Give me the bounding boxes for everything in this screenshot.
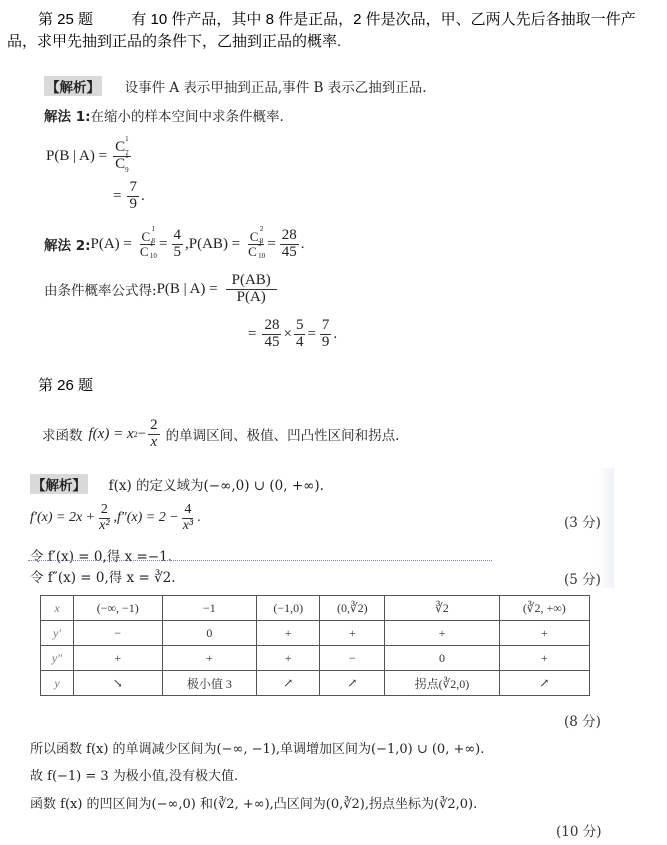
points-5: (5 分): [564, 568, 601, 588]
arrow-up-right-icon: ↗: [257, 671, 320, 696]
points-8: (8 分): [564, 710, 601, 730]
critical-point-2: 令 f″(x) = 0,得 x = ∛2.: [30, 566, 176, 586]
pa-value: 4 5: [172, 228, 184, 261]
pa-fraction: C18 C110: [138, 230, 157, 258]
conclusion-extremum: 故 f(−1) = 3 为极小值,没有极大值.: [30, 765, 238, 784]
method1-label: 解法 1:: [44, 109, 91, 125]
table-row-x: x (−∞, −1) −1 (−1,0) (0,∛2) ∛2 (∛2, +∞): [41, 596, 590, 621]
m1-result-fraction: 7 9: [127, 180, 139, 213]
pab-fraction: C28 C210: [246, 230, 265, 258]
arrow-up-right-icon: ↗: [320, 671, 385, 696]
method1-line: 解法 1:在缩小的样本空间中求条件概率.: [44, 105, 284, 125]
conclusion-concavity: 函数 f(x) 的凹区间为(−∞,0) 和(∛2, +∞),凸区间为(0,∛2)…: [30, 793, 477, 812]
points-10: (10 分): [556, 820, 602, 840]
table-row-y: y ↘ 极小值 3 ↗ ↗ 拐点(∛2,0) ↗: [41, 671, 590, 696]
analysis-tag-26: 【解析】: [30, 474, 88, 494]
arrow-up-right-icon: ↗: [499, 671, 589, 696]
problem-25-label: 第 25 题: [38, 11, 93, 28]
derivatives-line: f′(x) = 2x + 2 x² ,f″(x) = 2 − 4 x³ .: [30, 503, 201, 533]
table-row-y-double-prime: y″ + + + − 0 +: [41, 646, 590, 671]
conclusion-monotonic: 所以函数 f(x) 的单调减少区间为(−∞, −1),单调增加区间为(−1,0)…: [30, 738, 484, 757]
problem-26-statement: 求函数 f(x) = x2 − 2 x 的单调区间、极值、凹凸性区间和拐点.: [42, 418, 399, 451]
method2-label: 解法 2:: [44, 234, 91, 254]
solution-25-intro: 设事件 A 表示甲抽到正品,事件 B 表示乙抽到正品.: [125, 80, 427, 96]
problem-25-statement: 有 10 件产品，其中 8 件是正品，2 件是次品，甲、乙两人先后各抽取一件产: [131, 11, 635, 28]
method1-text: 在缩小的样本空间中求条件概率.: [91, 109, 284, 125]
conditional-formula: 由条件概率公式得: P(B | A) = P(AB) P(A): [44, 273, 279, 306]
m1-fraction: C17 C19: [113, 140, 131, 173]
method2-equation: 解法 2: P(A) = C18 C110 = 4 5 ,P(AB) = C28…: [44, 228, 305, 261]
method1-result: = 7 9 .: [113, 180, 145, 213]
dotted-divider: [28, 560, 492, 561]
arrow-down-right-icon: ↘: [74, 671, 163, 696]
analysis-tag: 【解析】: [44, 76, 102, 96]
solution-26-domain-line: 【解析】 f(x) 的定义域为(−∞,0) ∪ (0, +∞).: [30, 474, 324, 494]
table-row-y-prime: y′ − 0 + + + +: [41, 621, 590, 646]
pab-value: 28 45: [280, 228, 299, 261]
points-3: (3 分): [564, 511, 601, 531]
critical-point-1: 令 f′(x) = 0,得 x =−1.: [30, 545, 172, 565]
problem-25-line1: 第 25 题 有 10 件产品，其中 8 件是正品，2 件是次品，甲、乙两人先后…: [38, 10, 636, 30]
problem-26-label: 第 26 题: [38, 376, 93, 396]
domain-text: f(x) 的定义域为(−∞,0) ∪ (0, +∞).: [109, 478, 324, 494]
formula-label: 由条件概率公式得:: [44, 279, 157, 299]
formula-fraction: P(AB) P(A): [226, 273, 277, 306]
m1-lhs: P(B | A) =: [46, 148, 107, 165]
solution-25-intro-line: 【解析】 设事件 A 表示甲抽到正品,事件 B 表示乙抽到正品.: [44, 76, 427, 96]
sign-table: x (−∞, −1) −1 (−1,0) (0,∛2) ∛2 (∛2, +∞) …: [40, 595, 590, 696]
problem-25-statement-line2: 品，求甲先抽到正品的条件下，乙抽到正品的概率.: [7, 32, 341, 52]
final-computation: = 28 45 × 5 4 = 7 9 .: [248, 318, 337, 351]
method1-equation: P(B | A) = C17 C19: [46, 140, 133, 173]
